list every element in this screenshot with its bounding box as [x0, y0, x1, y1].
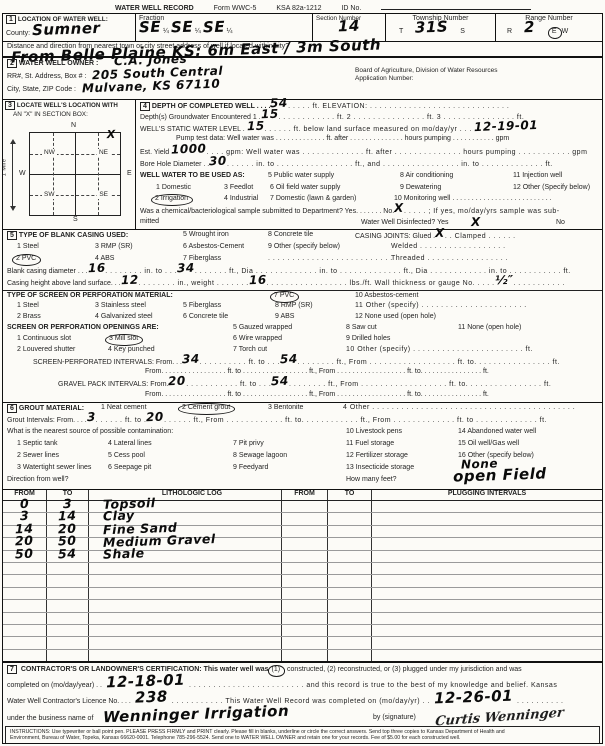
range-label: Range Number: [499, 15, 599, 24]
option-opening-2: 2 Louvered shutter: [17, 346, 75, 355]
option-opening-4: 4 Key punched: [108, 346, 155, 355]
option-use-1: 1 Domestic: [156, 184, 191, 193]
instructions-line2: Environment, Bureau of Water, Topeka, Ka…: [10, 735, 595, 741]
owner-title: WATER WELL OWNER :: [19, 60, 98, 67]
screen-interval-from: 34: [182, 356, 200, 363]
gravel-intervals-after: . . . . . . . . ft., From . . . . . . . …: [289, 381, 551, 388]
option-grout-4: 4 Other . . . . . . . . . . . . . . . . …: [343, 404, 575, 413]
option-contam-15: 15 Oil well/Gas well: [458, 440, 519, 449]
contamination-question: What is the nearest source of possible c…: [7, 428, 173, 437]
row-lithology-value: Clay: [103, 513, 135, 520]
option-casing-6: 6 Asbestos-Cement: [183, 243, 244, 252]
form-body: 1LOCATION OF WATER WELL: County: Sumner …: [2, 13, 603, 744]
yield-after: . . . . gpm: Well water was . . . . . . …: [207, 149, 588, 156]
quarter-3: ¼: [227, 28, 233, 35]
screen-intervals-mid: . . . . . . . . . . ft. to . . .: [200, 359, 280, 366]
option-contam-10: 10 Livestock pens: [346, 428, 402, 437]
casing-height-value: 12: [121, 277, 139, 284]
option-material-6: 6 Concrete tile: [183, 313, 228, 322]
option-casing-1: 1 Steel: [17, 243, 39, 252]
section4-well-data: 4DEPTH OF COMPLETED WELL . . . .54. . . …: [136, 100, 602, 229]
lithology-row: [3, 600, 602, 612]
option-opening-9: 9 Drilled holes: [346, 335, 390, 344]
certification-line3c: . . . . . . . . . .: [517, 698, 563, 705]
option-casing-2-circled: 2 PVC: [12, 254, 41, 266]
locate-subtitle: AN "X" IN SECTION BOX:: [5, 111, 133, 119]
screen-intervals-label: SCREEN-PERFORATED INTERVALS: From. . .: [33, 359, 182, 366]
yield-value: 1000: [171, 146, 207, 153]
casing-9-dots: . . . . . . . . . . . . . . . . . . . . …: [268, 255, 393, 264]
licence-label: Water Well Contractor's Licence No. . . …: [7, 698, 131, 705]
static-level-value: 15: [247, 122, 265, 129]
range-value: 2: [524, 24, 535, 30]
lithology-plugging-table: FROM TO LITHOLOGIC LOG FROM TO PLUGGING …: [3, 489, 602, 661]
section6-number: 6: [7, 404, 17, 413]
record-date-value: 12-26-01: [434, 693, 513, 702]
ksa-number: KSA 82a-1212: [276, 5, 321, 12]
option-contam-8: 8 Sewage lagoon: [233, 452, 287, 461]
section1-location-row: 1LOCATION OF WATER WELL: County: Sumner …: [3, 14, 602, 41]
section2-number: 2: [7, 59, 17, 68]
disinfected-no-label: No: [556, 219, 565, 228]
section3-4-row: 3LOCATE WELL'S LOCATION WITH AN "X" IN S…: [3, 99, 602, 229]
casing-height-after: . . . . . . . . . . . . . . . . . lbs./f…: [266, 280, 494, 287]
signature-label: by (signature): [373, 714, 416, 723]
static-level-label: WELL'S STATIC WATER LEVEL .: [140, 126, 247, 133]
groundwater-value: 15: [261, 110, 279, 117]
static-level-mid: . . . . . . ft. below land surface measu…: [264, 126, 472, 133]
one-mile-arrow: [12, 142, 13, 208]
option-use-9: 9 Dewatering: [400, 184, 441, 193]
option-opening-6: 6 Wire wrapped: [233, 335, 282, 344]
section7-number: 7: [7, 665, 17, 674]
owner-city-label: City, State, ZIP Code :: [7, 86, 76, 93]
id-blank-line: [381, 3, 531, 10]
grout-intervals-mid: . . . . . . ft. to .: [96, 417, 147, 424]
option-opening-1: 1 Continuous slot: [17, 335, 71, 344]
section7-certification: 7 CONTRACTOR'S OR LANDOWNER'S CERTIFICAT…: [3, 661, 602, 725]
option-material-5: 5 Fiberglass: [183, 302, 221, 311]
id-label: ID No.: [341, 5, 361, 12]
row-to-value: 3: [63, 501, 72, 507]
option-use-3: 3 Feedlot: [224, 184, 253, 193]
option-use-2-circled: 2 Irrigation: [151, 194, 193, 206]
casing-diameter-to-value: 34: [177, 265, 195, 272]
option-grout-1: 1 Neat cement: [101, 404, 147, 413]
chem-sample-after: . . . . . ; If yes, mo/day/yrs sample wa…: [404, 208, 560, 215]
chem-sample-label: Was a chemical/bacteriological sample su…: [140, 208, 394, 215]
option-contam-9: 9 Feedyard: [233, 464, 268, 473]
county-cell: 1LOCATION OF WATER WELL: County: Sumner: [3, 14, 136, 41]
screen-intervals-row2: From. . . . . . . . . . . . . . . . . ft…: [3, 368, 602, 380]
gravel-interval-to: 54: [271, 378, 289, 385]
screen-intervals-after: . . . . . . . . ft., From . . . . . . . …: [298, 359, 560, 366]
section3-number: 3: [5, 101, 15, 110]
lithology-row: 50 54 Shale: [3, 551, 602, 563]
lithology-row: [3, 613, 602, 625]
casing-diameter-value: 16: [87, 265, 105, 272]
casing-title: TYPE OF BLANK CASING USED:: [19, 232, 128, 239]
owner-address-label: RR#, St. Address, Box # :: [7, 73, 86, 80]
grout-intervals-label: Grout Intervals: From. . . .: [7, 417, 87, 424]
quadrant-nw: NW: [42, 149, 57, 157]
option-opening-11: 11 None (open hole): [458, 324, 521, 333]
option-material-9: 9 ABS: [275, 313, 294, 322]
owner-name-value: C.A. Jones: [114, 56, 187, 65]
fraction-2-value: SE: [171, 23, 193, 30]
option-use-5: 5 Public water supply: [268, 172, 334, 181]
board-text: Board of Agriculture, Division of Water …: [355, 67, 497, 75]
yield-label: Est. Yield: [140, 149, 169, 156]
application-number-label: Application Number:: [355, 75, 497, 83]
option-grout-3: 3 Bentonite: [268, 404, 303, 413]
one-mile-label: 1 Mile: [2, 159, 8, 177]
quadrant-sw: SW: [42, 191, 56, 199]
instructions-block: INSTRUCTIONS: Use typewriter or ball poi…: [5, 726, 600, 744]
board-of-agriculture-block: Board of Agriculture, Division of Water …: [355, 67, 497, 83]
form-title: WATER WELL RECORD: [115, 5, 194, 12]
option-material-10: 10 Asbestos-cement: [355, 292, 418, 301]
header-plugging-intervals: PLUGGING INTERVALS: [372, 490, 602, 500]
row-lithology-value: Medium Gravel: [103, 536, 216, 546]
section5-casing: 5TYPE OF BLANK CASING USED: 5 Wrought ir…: [3, 229, 602, 402]
clamped-label: . . Clamped . . . . . .: [445, 233, 516, 240]
form-header: WATER WELL RECORD Form WWC-5 KSA 82a-121…: [0, 0, 605, 13]
section1-number: 1: [6, 15, 16, 24]
option-use-7: 7 Domestic (lawn & garden): [270, 195, 356, 204]
openings-title: SCREEN OR PERFORATION OPENINGS ARE:: [7, 324, 159, 333]
fraction-1-value: SE: [139, 23, 161, 30]
welded-label: Welded . . . . . . . . . . . . . . . . .…: [391, 243, 506, 252]
gravel-intervals-label: GRAVEL PACK INTERVALS: From.: [58, 381, 168, 388]
grout-intervals-after: . . . . . . ft., From . . . . . . . . . …: [164, 417, 547, 424]
header-to-2: TO: [328, 490, 372, 500]
range-prefix: R: [507, 28, 512, 35]
casing-height-mid: . . . . . . . . in., weight . . . . . . …: [138, 280, 248, 287]
casing-height-end: . . . . . . . . . . .: [513, 280, 564, 287]
glued-x-mark: X: [435, 230, 445, 236]
use-title: WELL WATER TO BE USED AS:: [140, 172, 245, 181]
owner-city-value: Mulvane, KS 67110: [82, 81, 220, 92]
option-contam-11: 11 Fuel storage: [346, 440, 394, 449]
lithology-row: [3, 625, 602, 637]
option-casing-5: 5 Wrought iron: [183, 231, 229, 240]
casing-diameter-mid: . . . . . . . . in. to . . .: [105, 268, 177, 275]
option-use-10: 10 Monitoring well . . . . . . . . . . .…: [394, 195, 552, 204]
section-box-hline: [30, 174, 120, 175]
option-material-12: 12 None used (open hole): [355, 313, 436, 322]
gravel-intervals-mid: . . . . . . . . . . . ft. to . . .: [186, 381, 271, 388]
grout-title: GROUT MATERIAL:: [19, 405, 84, 412]
range-cell: Range Number R 2 EW: [496, 14, 602, 41]
section4-number: 4: [140, 102, 150, 111]
bore-after: . . . . . . in. to . . . . . . . . . . .…: [227, 161, 553, 168]
option-material-8: 8 RMP (SR): [275, 302, 313, 311]
chem-sample-cont: mitted: [140, 218, 159, 225]
option-opening-3-circled: 3 Mill slot: [105, 334, 143, 346]
county-label: County:: [6, 30, 30, 37]
option-contam-7: 7 Pit privy: [233, 440, 264, 449]
casing-diameter-label: Blank casing diameter . . .: [7, 268, 88, 275]
grout-interval-from: 3: [87, 414, 96, 420]
row-lithology-value: Shale: [103, 550, 145, 557]
wall-thickness-value: ½″: [495, 277, 514, 284]
county-value: Sumner: [32, 25, 101, 33]
casing-height-label: Casing height above land surface. . .: [7, 280, 121, 287]
option-contam-14: 14 Abandoned water well: [458, 428, 536, 437]
lithology-row: [3, 575, 602, 587]
section-box-dash-v1: [53, 133, 54, 215]
form-number: Form WWC-5: [214, 5, 257, 12]
depth-after: . . . . . ft. ELEVATION: . . . . . . . .…: [288, 103, 509, 110]
quarter-2: ¼: [195, 28, 201, 35]
compass-n: N: [71, 122, 76, 131]
township-value: 31S: [415, 23, 448, 30]
row-from-value: 50: [15, 550, 34, 557]
lithology-row: [3, 563, 602, 575]
row-from-value: 14: [15, 525, 34, 532]
constructed-option-circled: (1): [268, 665, 286, 677]
township-prefix: T: [399, 28, 403, 35]
option-use-8: 8 Air conditioning: [400, 172, 453, 181]
section2-owner: 2WATER WELL OWNER : C.A. Jones RR#, St. …: [3, 58, 602, 99]
lithology-row: 3 14 Clay: [3, 513, 602, 525]
screen-interval-to: 54: [280, 356, 298, 363]
chem-sample-no-x: X: [394, 205, 404, 211]
groundwater-label: Depth(s) Groundwater Encountered 1 .: [140, 114, 261, 121]
option-casing-9: 9 Other (specify below): [268, 243, 340, 252]
bore-value: 30: [209, 158, 227, 165]
header-from-2: FROM: [282, 490, 328, 500]
option-contam-4: 4 Lateral lines: [108, 440, 152, 449]
option-casing-8: 8 Concrete tile: [268, 231, 313, 240]
option-opening-10: 10 Other (specify) . . . . . . . . . . .…: [346, 346, 533, 355]
feet-value: open Field: [453, 470, 547, 479]
depth-value: 54: [270, 100, 288, 107]
option-use-6: 6 Oil field water supply: [270, 184, 340, 193]
section-box-dash-v2: [98, 133, 99, 215]
option-contam-6: 6 Seepage pit: [108, 464, 151, 473]
constructed-word: constructed,: [287, 666, 325, 673]
water-well-record-form: WATER WELL RECORD Form WWC-5 KSA 82a-121…: [0, 0, 605, 746]
compass-w: W: [19, 170, 26, 179]
option-use-12: 12 Other (Specify below): [513, 184, 590, 193]
compass-s: S: [73, 216, 78, 225]
lithology-row: 20 50 Medium Gravel: [3, 538, 602, 550]
table-header: FROM TO LITHOLOGIC LOG FROM TO PLUGGING …: [3, 490, 602, 501]
grout-interval-to: 20: [146, 414, 164, 421]
option-casing-3: 3 RMP (SR): [95, 243, 133, 252]
section-number-value: 14: [338, 22, 360, 29]
disinfected-yes-x: X: [471, 219, 481, 225]
business-name-value: Wenninger Irrigation: [103, 708, 289, 720]
row-from-value: 0: [20, 501, 29, 507]
depth-label: DEPTH OF COMPLETED WELL . . . .: [152, 103, 270, 110]
compass-e: E: [127, 170, 132, 179]
row-from-value: 20: [15, 538, 34, 545]
option-contam-3: 3 Watertight sewer lines: [17, 464, 91, 473]
section5-number: 5: [7, 231, 17, 240]
option-opening-7: 7 Torch cut: [233, 346, 267, 355]
township-suffix: S: [460, 28, 465, 35]
range-east-circled: E: [548, 27, 562, 39]
row-to-value: 20: [58, 525, 77, 532]
option-opening-8: 8 Saw cut: [346, 324, 377, 333]
fraction-cell: Fraction SE ¼ SE ¼ SE ¼: [136, 14, 313, 41]
township-cell: Township Number T 31S S: [386, 14, 496, 41]
lithology-table-body: 0 3 Topsoil 3 14 Clay 14 20 Fine Sand: [3, 501, 602, 661]
range-west: W: [562, 28, 569, 35]
lithology-row: [3, 637, 602, 649]
option-contam-5: 5 Cess pool: [108, 452, 145, 461]
row-from-value: 3: [20, 513, 29, 519]
option-opening-5: 5 Gauzed wrapped: [233, 324, 292, 333]
licence-number-value: 238: [135, 693, 168, 700]
option-material-3: 3 Stainless steel: [95, 302, 146, 311]
row-to-value: 14: [58, 513, 77, 520]
threaded-label: Threaded . . . . . . . . . . . . . . . .…: [391, 255, 508, 264]
gravel-interval-from: 20: [168, 378, 186, 385]
casing-weight-value: 16: [249, 277, 267, 284]
completed-date-value: 12-18-01: [106, 677, 185, 686]
gravel-intervals-row2: From. . . . . . . . . . . . . . . . . ft…: [3, 391, 602, 403]
lithology-row: [3, 650, 602, 661]
option-use-4: 4 Industrial: [224, 195, 258, 204]
option-contam-2: 2 Sewer lines: [17, 452, 59, 461]
option-material-4: 4 Galvanized steel: [95, 313, 153, 322]
screen-material-title: TYPE OF SCREEN OR PERFORATION MATERIAL:: [7, 292, 173, 301]
section6-grout: 6GROUT MATERIAL: 1 Neat cement 2 Cement …: [3, 402, 602, 489]
bore-label: Bore Hole Diameter . .: [140, 161, 209, 168]
option-contam-13: 13 Insecticide storage: [346, 464, 414, 473]
business-name-label: under the business name of: [7, 715, 93, 722]
locate-title: LOCATE WELL'S LOCATION WITH: [17, 102, 118, 109]
option-material-11: 11 Other (specify) . . . . . . . . . . .…: [355, 302, 527, 311]
distance-row: Distance and direction from nearest town…: [3, 41, 602, 58]
casing-joints-label: CASING JOINTS: Glued .: [355, 233, 435, 240]
certification-line1b: (2) reconstructed, or (3) plugged under …: [327, 666, 522, 673]
option-material-2: 2 Brass: [17, 313, 41, 322]
quarter-1: ¼: [163, 28, 169, 35]
completed-on-label: completed on (mo/day/year) . .: [7, 682, 102, 689]
row-to-value: 50: [58, 538, 77, 545]
option-use-11: 11 Injection well: [513, 172, 562, 181]
section3-locate-box: 3LOCATE WELL'S LOCATION WITH AN "X" IN S…: [3, 100, 136, 229]
well-location-x-mark: X: [107, 132, 119, 211]
lithology-row: 14 20 Fine Sand: [3, 526, 602, 538]
option-contam-1: 1 Septic tank: [17, 440, 57, 449]
lithology-row: 0 3 Topsoil: [3, 501, 602, 513]
static-level-date: 12-19-01: [474, 121, 538, 129]
how-many-feet-question: How many feet?: [346, 476, 397, 485]
direction-question: Direction from well?: [7, 476, 68, 485]
fraction-3-value: SE: [203, 23, 225, 30]
lithology-row: [3, 588, 602, 600]
option-material-1: 1 Steel: [17, 302, 39, 311]
option-grout-2-circled: 2 Cement grout: [178, 403, 235, 415]
row-to-value: 54: [58, 550, 77, 557]
option-contam-12: 12 Fertilizer storage: [346, 452, 408, 461]
section-box-diagram: NW NE SW SE X: [29, 132, 121, 216]
